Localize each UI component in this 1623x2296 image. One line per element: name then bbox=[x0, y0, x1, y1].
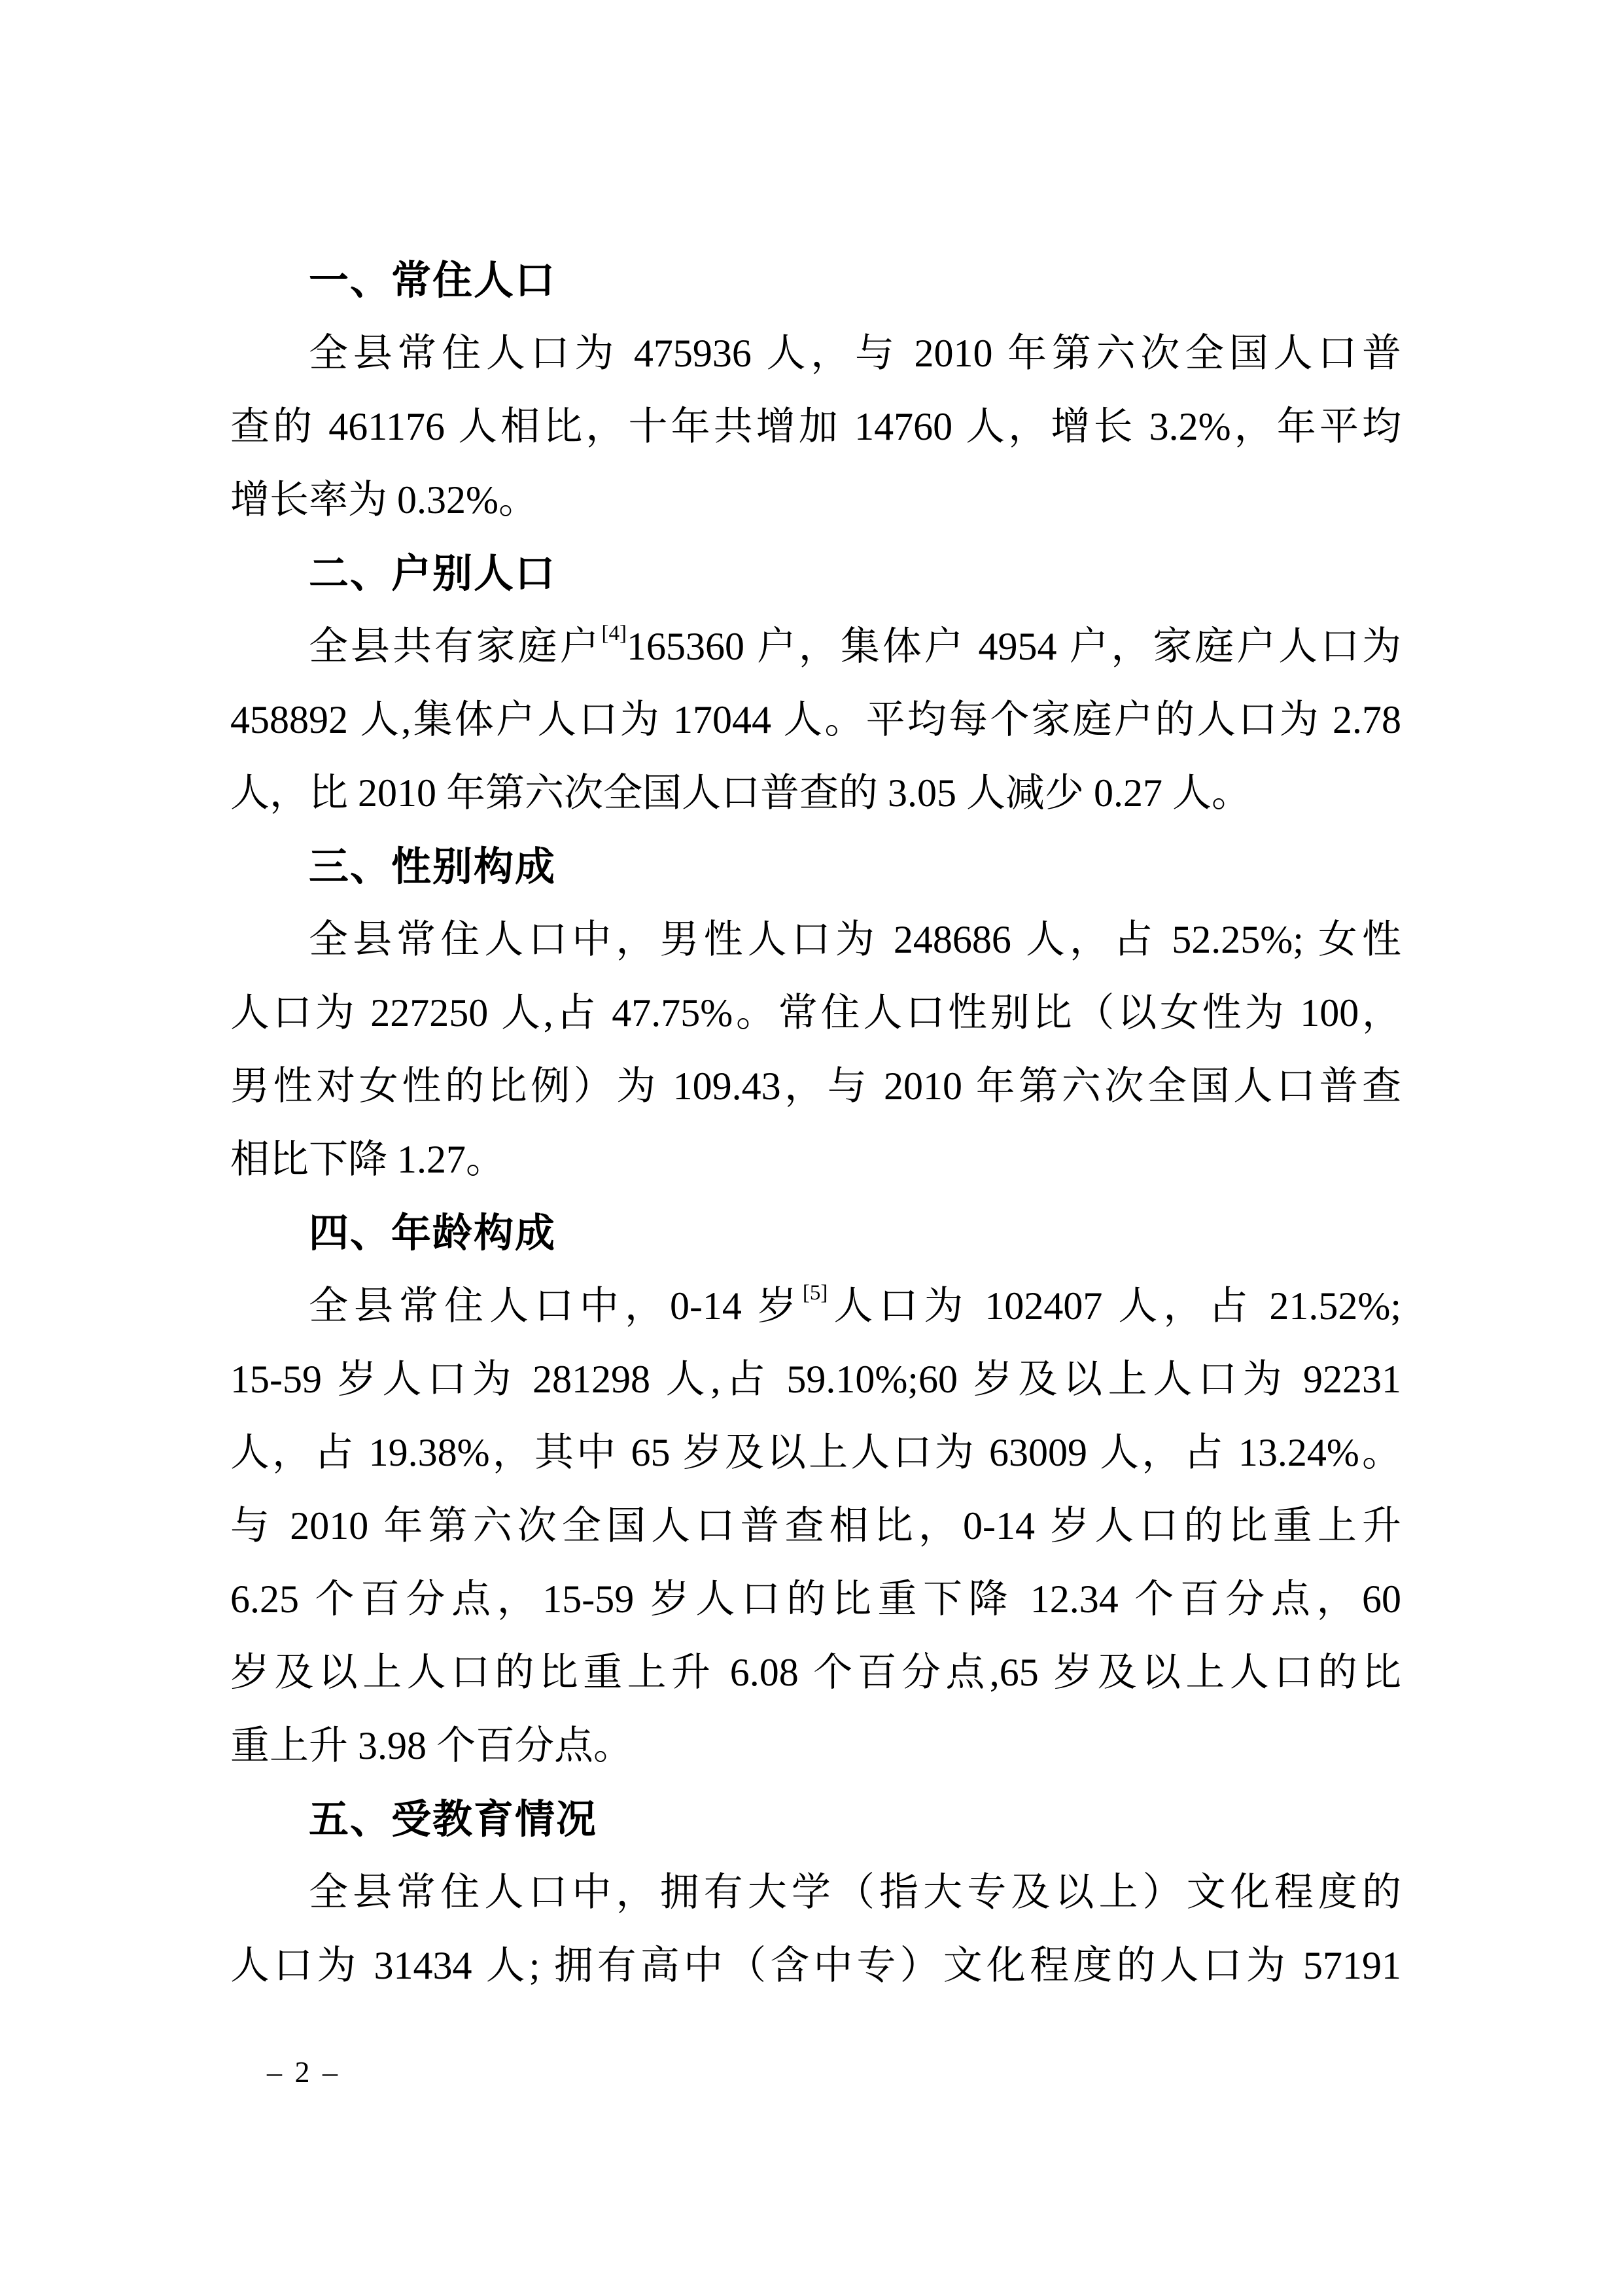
section-4-line-2: 15-59 岁人口为 281298 人,占 59.10%;60 岁及以上人口为 … bbox=[230, 1343, 1401, 1416]
section-4-line-1-text-after: 人口为 102407 人，占 21.52%; bbox=[828, 1284, 1401, 1328]
section-4-line-5: 6.25 个百分点，15-59 岁人口的比重下降 12.34 个百分点，60 bbox=[230, 1563, 1401, 1636]
section-3-line-1: 全县常住人口中，男性人口为 248686 人，占 52.25%; 女性 bbox=[230, 903, 1401, 976]
section-2-line-3: 人，比 2010 年第六次全国人口普查的 3.05 人减少 0.27 人。 bbox=[230, 756, 1401, 830]
section-3-line-3: 男性对女性的比例）为 109.43，与 2010 年第六次全国人口普查 bbox=[230, 1050, 1401, 1123]
section-4-line-7: 重上升 3.98 个百分点。 bbox=[230, 1709, 1401, 1782]
section-4-line-1: 全县常住人口中，0-14 岁[5]人口为 102407 人，占 21.52%; bbox=[230, 1269, 1401, 1343]
section-4-line-3: 人，占 19.38%，其中 65 岁及以上人口为 63009 人，占 13.24… bbox=[230, 1416, 1401, 1489]
section-3-line-4: 相比下降 1.27。 bbox=[230, 1123, 1401, 1196]
section-4-heading: 四、年龄构成 bbox=[309, 1196, 1401, 1269]
section-5-heading: 五、受教育情况 bbox=[309, 1782, 1401, 1856]
footnote-ref-4: [4] bbox=[602, 622, 627, 645]
footnote-ref-5: [5] bbox=[803, 1281, 828, 1305]
census-bulletin-page: 一、常住人口 全县常住人口为 475936 人，与 2010 年第六次全国人口普… bbox=[0, 0, 1623, 2296]
section-4-line-1-text: 全县常住人口中，0-14 岁 bbox=[309, 1284, 803, 1328]
section-1-heading: 一、常住人口 bbox=[309, 243, 1401, 317]
section-1-line-3: 增长率为 0.32%。 bbox=[230, 463, 1401, 537]
section-3-heading: 三、性别构成 bbox=[309, 830, 1401, 903]
page-number: – 2 – bbox=[267, 2049, 340, 2095]
section-2-line-1-text: 全县共有家庭户 bbox=[309, 625, 602, 668]
section-1-line-1: 全县常住人口为 475936 人，与 2010 年第六次全国人口普 bbox=[230, 317, 1401, 390]
section-4-line-6: 岁及以上人口的比重上升 6.08 个百分点,65 岁及以上人口的比 bbox=[230, 1636, 1401, 1709]
section-2-line-1-text-after: 165360 户，集体户 4954 户，家庭户人口为 bbox=[627, 625, 1401, 668]
section-1-line-2: 查的 461176 人相比，十年共增加 14760 人，增长 3.2%，年平均 bbox=[230, 390, 1401, 463]
document-body: 一、常住人口 全县常住人口为 475936 人，与 2010 年第六次全国人口普… bbox=[230, 243, 1401, 2002]
section-2-heading: 二、户别人口 bbox=[309, 537, 1401, 610]
section-5-line-2: 人口为 31434 人; 拥有高中（含中专）文化程度的人口为 57191 bbox=[230, 1929, 1401, 2002]
section-5-line-1: 全县常住人口中，拥有大学（指大专及以上）文化程度的 bbox=[230, 1856, 1401, 1929]
section-2-line-1: 全县共有家庭户[4]165360 户，集体户 4954 户，家庭户人口为 bbox=[230, 610, 1401, 683]
section-4-line-4: 与 2010 年第六次全国人口普查相比，0-14 岁人口的比重上升 bbox=[230, 1489, 1401, 1563]
section-3-line-2: 人口为 227250 人,占 47.75%。常住人口性别比（以女性为 100， bbox=[230, 976, 1401, 1050]
section-2-line-2: 458892 人,集体户人口为 17044 人。平均每个家庭户的人口为 2.78 bbox=[230, 683, 1401, 756]
